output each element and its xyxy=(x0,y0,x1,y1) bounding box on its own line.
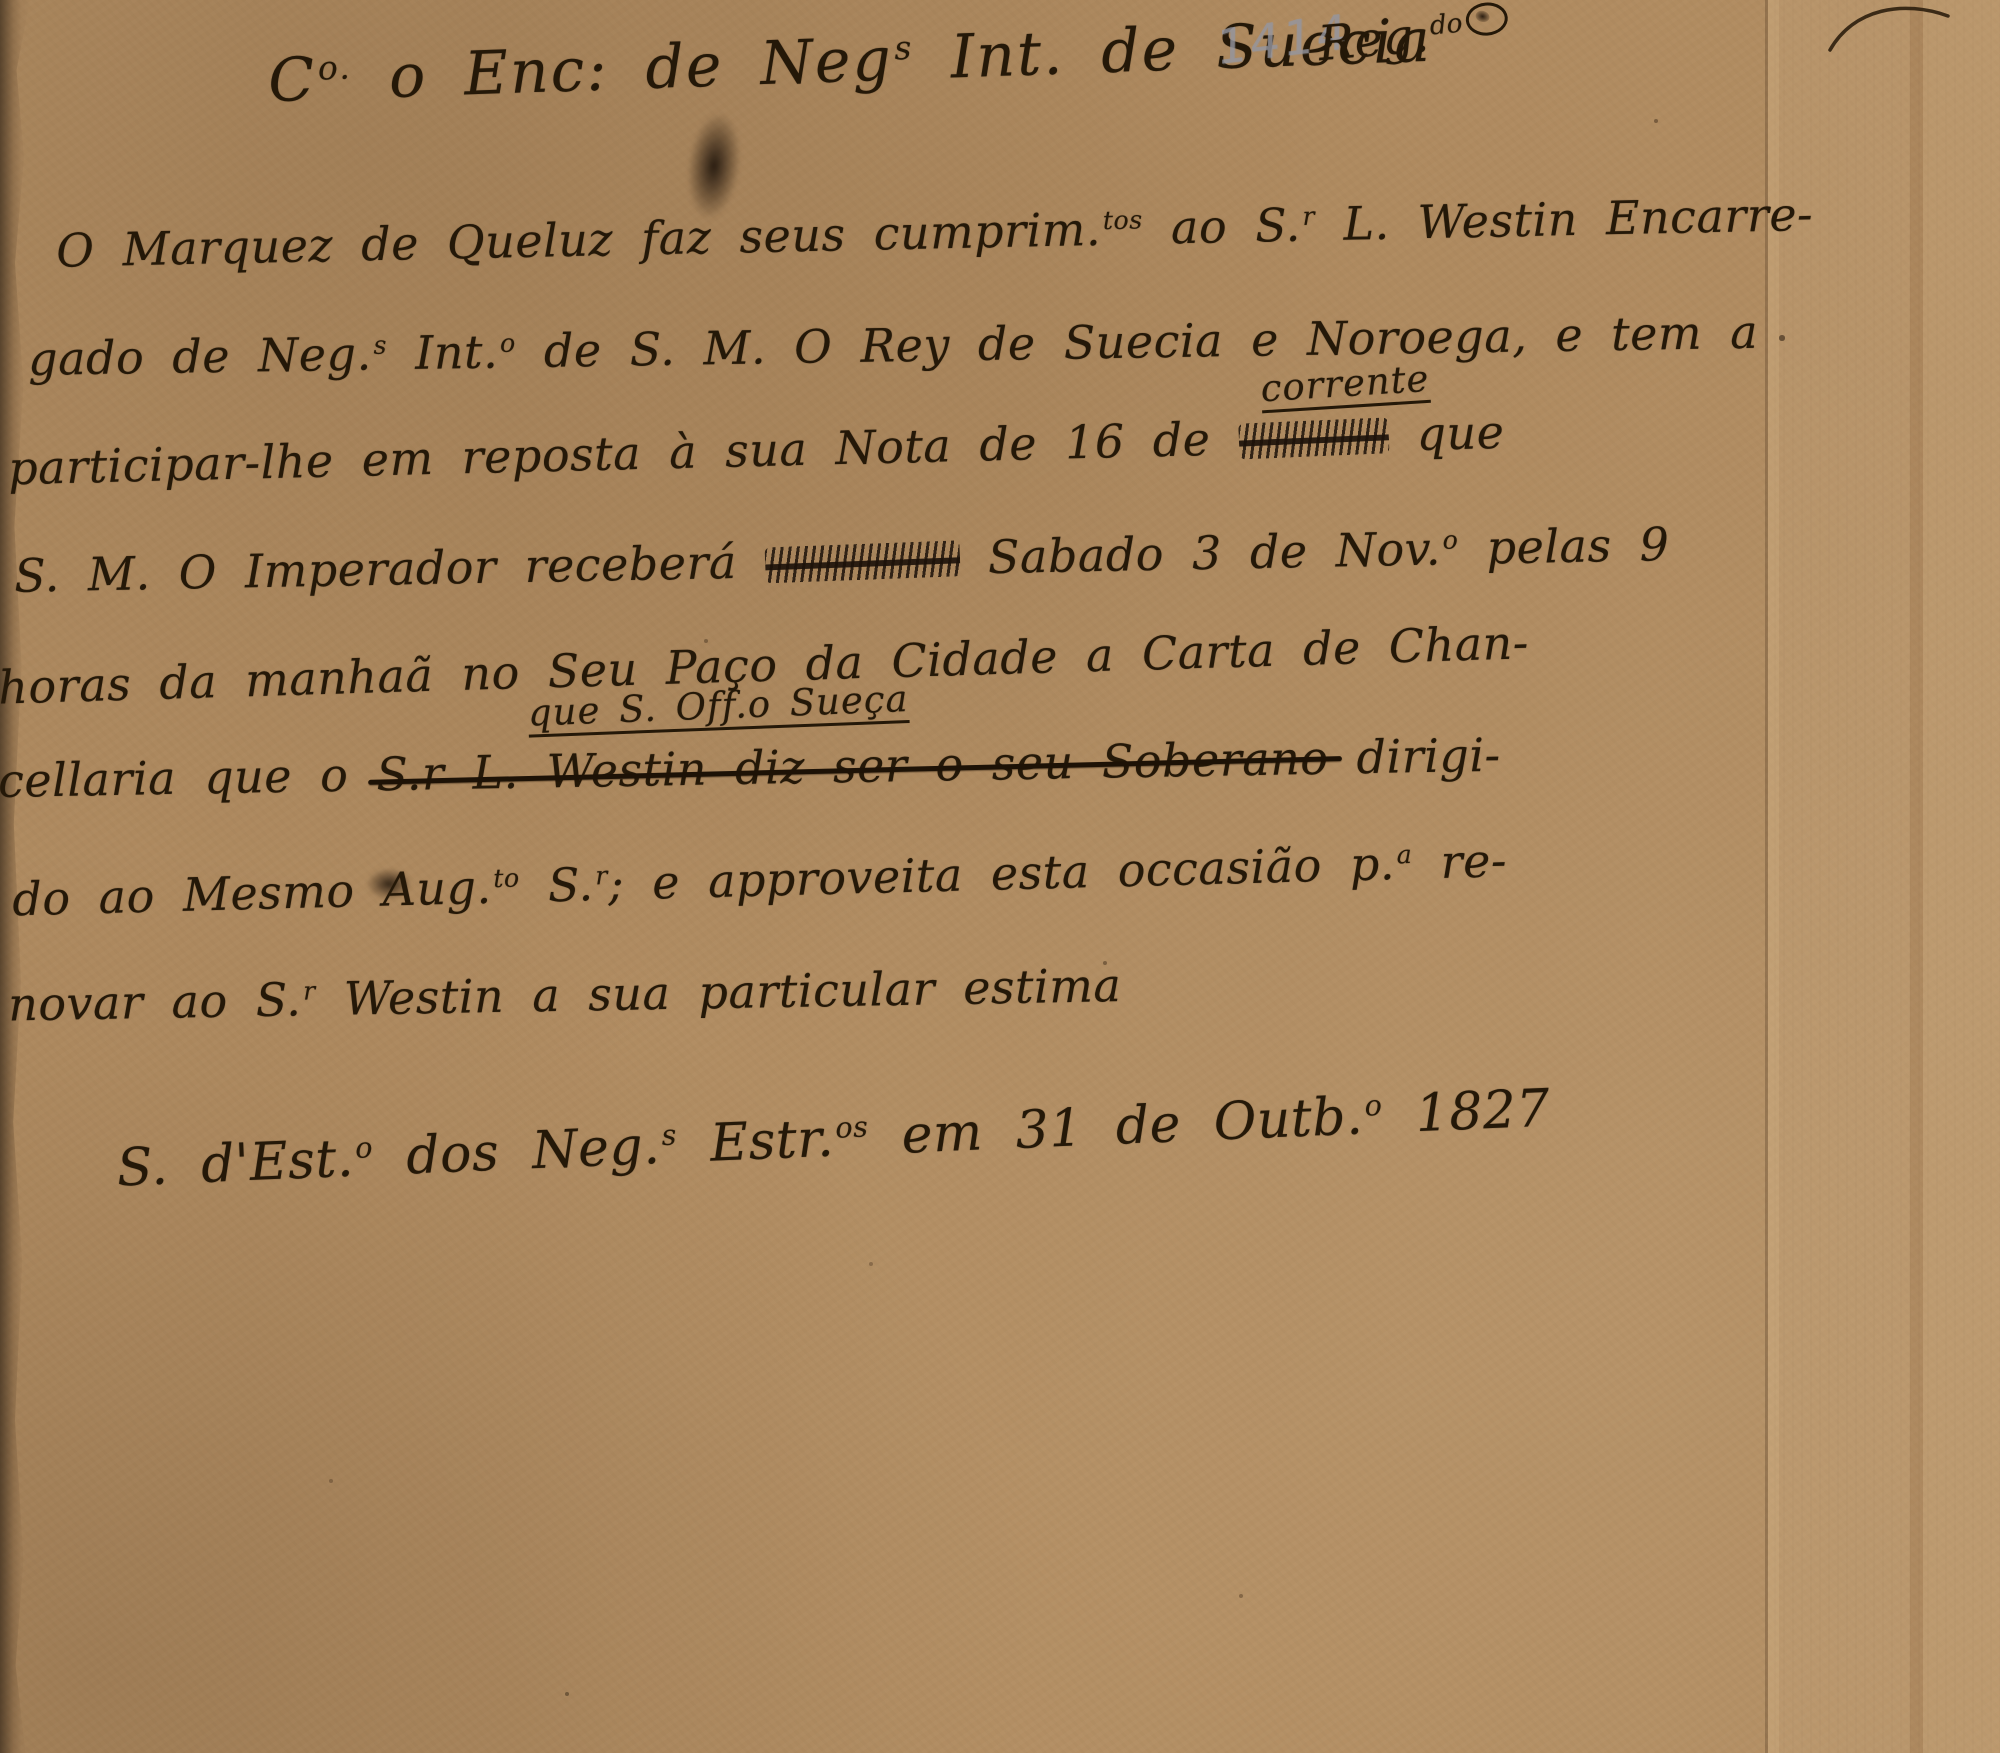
interlinear-insertion: corrente xyxy=(1259,360,1430,414)
text-segment: O Marquez de Queluz faz seus cumprim. xyxy=(56,202,1102,278)
superscript-abbreviation: r xyxy=(303,976,316,1005)
manuscript-body: O Marquez de Queluz faz seus cumprim.tos… xyxy=(8,175,1593,1190)
superscript-abbreviation: r xyxy=(595,861,608,890)
superscript-abbreviation: to xyxy=(493,863,520,893)
manuscript-page: Co. o Enc: de Negs Int. de Suecia 1414 R… xyxy=(0,0,2000,1753)
superscript-abbreviation: tos xyxy=(1102,205,1142,235)
text-segment: L. Westin Encarre- xyxy=(1315,187,1814,251)
text-segment: participar-lhe em reposta à sua Nota de … xyxy=(8,412,1240,496)
text-segment: Sabado 3 de Nov. xyxy=(959,522,1441,585)
ink-scribble xyxy=(764,540,960,583)
text-segment: pelas 9 xyxy=(1458,517,1670,575)
text-segment: cellaria que o xyxy=(0,747,377,808)
superscript-abbreviation: os xyxy=(835,1110,869,1145)
text-segment: Int. xyxy=(387,324,499,380)
text-segment: dos Neg. xyxy=(372,1116,661,1188)
registry-mark-text: Reg.do xyxy=(1316,4,1466,72)
text-segment: em 31 de Outb. xyxy=(867,1087,1364,1168)
text-segment: de S. M. O Rey de Suecia e Noroega, e te… xyxy=(515,304,1758,378)
interlinear-insertion: que S. Off.o Sueça xyxy=(527,680,909,738)
text-segment: S. xyxy=(519,857,594,913)
superscript-abbreviation: o. xyxy=(317,47,352,87)
text-segment: ; e approveita esta occasião p. xyxy=(607,836,1395,911)
superscript-abbreviation: s xyxy=(661,1118,678,1153)
text-segment: Reg. xyxy=(1316,7,1431,72)
paper-speckles xyxy=(0,0,2,2)
superscript-abbreviation: o xyxy=(500,328,516,357)
ink-scribble: corrente xyxy=(1238,418,1389,460)
struck-through-text: S.r L. Westin diz ser o seu Soberanoque … xyxy=(376,731,1329,802)
superscript-abbreviation: s xyxy=(894,27,914,67)
superscript-abbreviation: s xyxy=(373,330,387,359)
text-segment: que xyxy=(1388,405,1505,462)
text-segment: novar ao S. xyxy=(8,972,302,1031)
text-segment: S. M. O Imperador receberá xyxy=(14,535,766,603)
text-segment: 1827 xyxy=(1381,1079,1551,1146)
text-segment: o Enc: de Neg xyxy=(351,25,894,114)
text-segment: ao S. xyxy=(1142,198,1301,255)
superscript-abbreviation: a xyxy=(1396,840,1412,869)
superscript-abbreviation: o xyxy=(1364,1088,1383,1123)
superscript-abbreviation: o xyxy=(354,1131,373,1166)
text-segment: re- xyxy=(1412,833,1508,889)
superscript-abbreviation: do xyxy=(1428,7,1463,41)
text-segment: S. d'Est. xyxy=(116,1129,355,1199)
text-segment: gado de Neg. xyxy=(28,326,372,385)
corner-stroke-icon xyxy=(1824,0,1954,52)
page-fold-edge xyxy=(1765,0,2000,1753)
circled-flourish-icon xyxy=(1465,1,1510,38)
text-segment: do ao Mesmo Aug. xyxy=(12,860,493,927)
superscript-abbreviation: r xyxy=(1302,202,1315,231)
text-segment: C xyxy=(267,45,317,117)
text-segment: dirigi- xyxy=(1328,728,1501,785)
text-segment: Estr. xyxy=(676,1109,835,1176)
text-segment: Westin a sua particular estima xyxy=(315,958,1121,1026)
dateline: S. d'Est.o dos Neg.s Estr.os em 31 de Ou… xyxy=(114,1045,1594,1220)
superscript-abbreviation: o xyxy=(1442,526,1458,555)
